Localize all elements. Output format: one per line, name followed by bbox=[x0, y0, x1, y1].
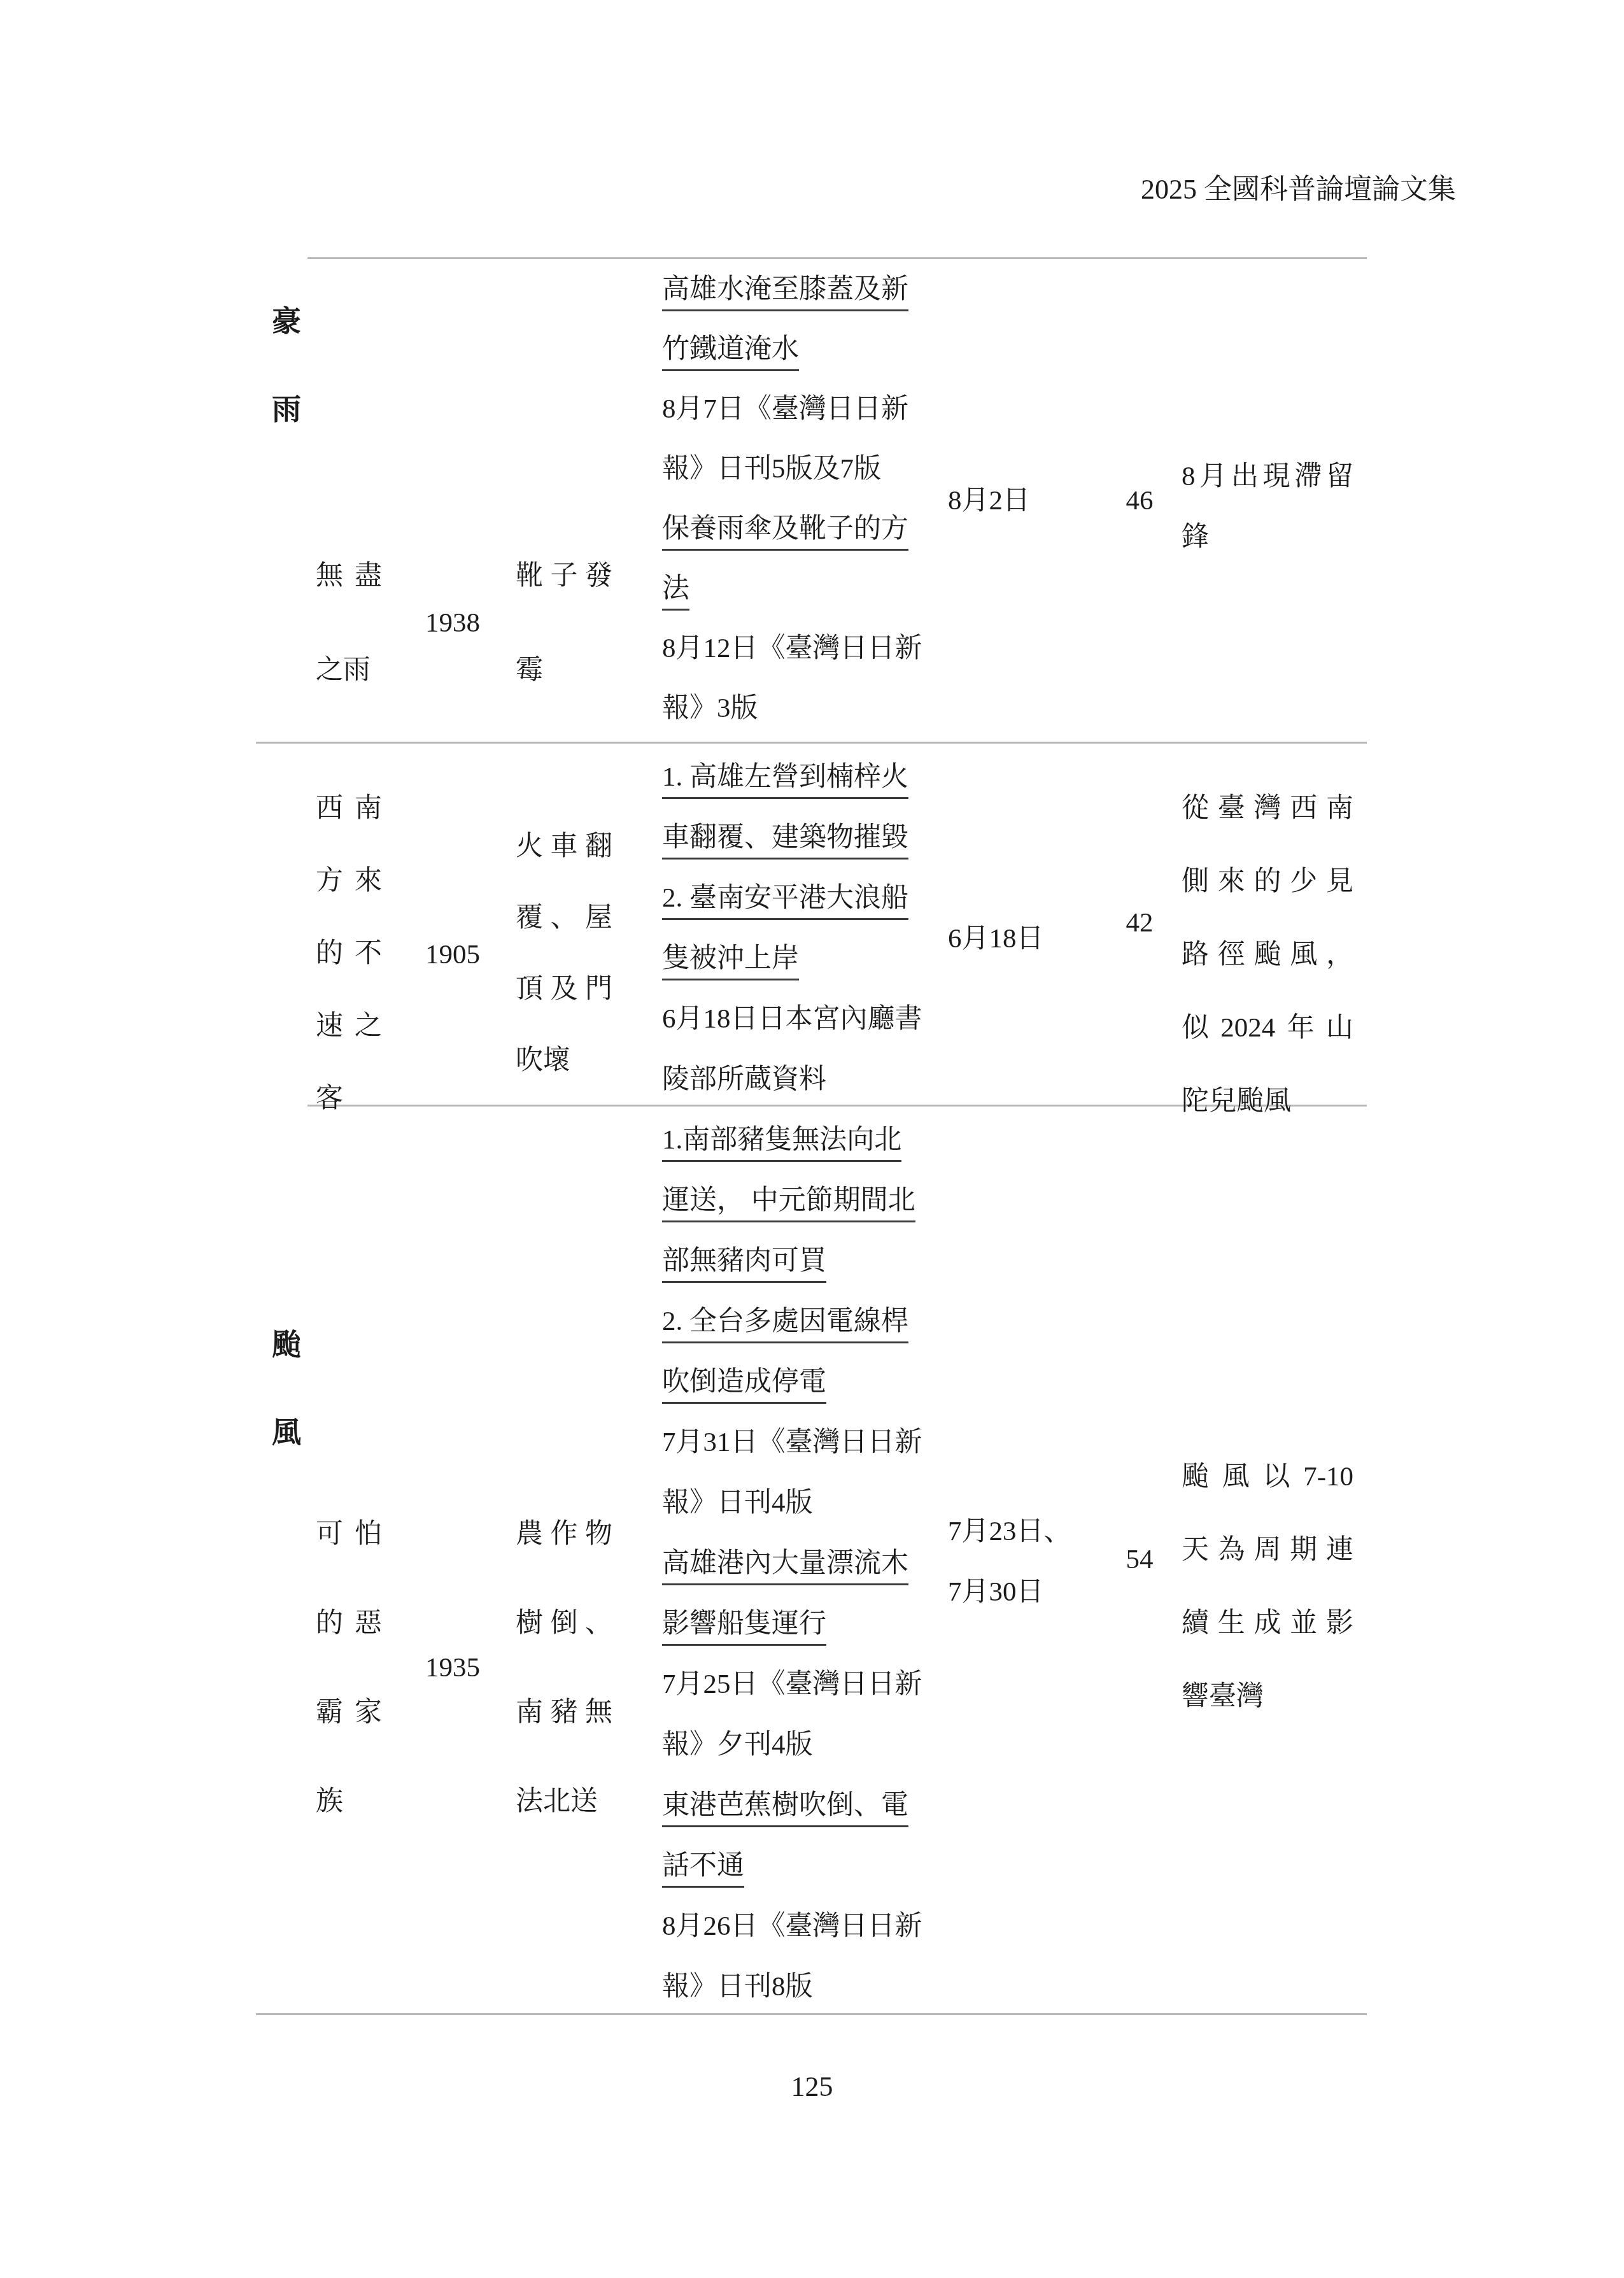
impact-line: 2. 臺南安平港大浪船 bbox=[662, 868, 918, 928]
effect-line: 法北送 bbox=[516, 1757, 612, 1846]
comment-line: 天為周期連 bbox=[1182, 1513, 1353, 1587]
date-line: 7月30日 bbox=[948, 1562, 1071, 1622]
comment-line: 似2024年山 bbox=[1182, 991, 1353, 1065]
impact-line: 隻被沖上岸 bbox=[662, 928, 918, 989]
impact-line: 6月18日日本宮內廳書 bbox=[662, 989, 918, 1049]
effect-line: 頂及門 bbox=[516, 954, 612, 1025]
impact-cell-row1: 高雄水淹至膝蓋及新 竹鐵道淹水 8月7日《臺灣日日新 報》日刊5版及7版 保養雨… bbox=[662, 260, 918, 739]
count-cell-row3: 54 bbox=[1112, 1546, 1168, 1574]
impact-line: 竹鐵道淹水 bbox=[662, 320, 918, 379]
impact-line: 法 bbox=[662, 559, 918, 619]
impact-line: 8月26日《臺灣日日新 bbox=[662, 1896, 918, 1956]
comment-line: 續生成並影 bbox=[1182, 1587, 1353, 1660]
table-rule-row1-row2 bbox=[256, 742, 1367, 744]
comment-line: 8月出現滯留 bbox=[1182, 446, 1353, 507]
effect-line: 吹壞 bbox=[516, 1025, 612, 1096]
effect-line: 樹倒、 bbox=[516, 1579, 612, 1668]
category-char: 風 bbox=[267, 1389, 306, 1476]
impact-line: 7月31日《臺灣日日新 bbox=[662, 1412, 918, 1473]
comment-cell-row1: 8月出現滯留 鋒 bbox=[1182, 446, 1353, 567]
year-cell-row1: 1938 bbox=[425, 609, 480, 637]
effect-line: 霉 bbox=[516, 623, 612, 718]
event-name-line: 可怕 bbox=[316, 1490, 382, 1579]
event-name-cell-row1: 無盡 之雨 bbox=[316, 529, 382, 718]
impact-line: 1. 高雄左營到楠梓火 bbox=[662, 747, 918, 807]
impact-line: 8月12日《臺灣日日新 bbox=[662, 619, 918, 679]
event-name-line: 霸家 bbox=[316, 1668, 382, 1757]
comment-line: 鋒 bbox=[1182, 507, 1353, 567]
effect-cell-row3: 農作物 樹倒、 南豬無 法北送 bbox=[516, 1490, 612, 1846]
impact-line: 吹倒造成停電 bbox=[662, 1352, 918, 1412]
impact-line: 影響船隻運行 bbox=[662, 1594, 918, 1654]
event-name-line: 方來 bbox=[316, 845, 382, 917]
date-line: 8月2日 bbox=[948, 487, 1030, 515]
comment-line: 響臺灣 bbox=[1182, 1660, 1353, 1733]
impact-line: 8月7日《臺灣日日新 bbox=[662, 379, 918, 439]
comment-line: 陀兒颱風 bbox=[1182, 1065, 1353, 1138]
comment-line: 從臺灣西南 bbox=[1182, 772, 1353, 845]
event-name-line: 西南 bbox=[316, 772, 382, 845]
impact-line: 報》日刊5版及7版 bbox=[662, 439, 918, 499]
effect-line: 農作物 bbox=[516, 1490, 612, 1579]
impact-line: 報》3版 bbox=[662, 679, 918, 739]
impact-line: 2. 全台多處因電線桿 bbox=[662, 1291, 918, 1352]
impact-line: 1.南部豬隻無法向北 bbox=[662, 1110, 918, 1170]
count-cell-row2: 42 bbox=[1112, 909, 1168, 937]
effect-line: 火車翻 bbox=[516, 811, 612, 882]
document-page: 2025 全國科普論壇論文集 豪 雨 颱 風 無盡 之雨 1938 靴子發 霉 … bbox=[0, 0, 1624, 2278]
effect-line: 南豬無 bbox=[516, 1668, 612, 1757]
event-name-line: 客 bbox=[316, 1063, 382, 1135]
impact-line: 7月25日《臺灣日日新 bbox=[662, 1654, 918, 1715]
event-name-line: 速之 bbox=[316, 990, 382, 1063]
impact-line: 東港芭蕉樹吹倒、電 bbox=[662, 1775, 918, 1836]
effect-line: 覆、屋 bbox=[516, 882, 612, 954]
date-line: 6月18日 bbox=[948, 925, 1044, 953]
impact-cell-row3: 1.南部豬隻無法向北 運送， 中元節期間北 部無豬肉可買 2. 全台多處因電線桿… bbox=[662, 1110, 918, 2017]
table-rule-top bbox=[307, 257, 1367, 259]
impact-line: 報》夕刊4版 bbox=[662, 1715, 918, 1775]
category-heavy-rain: 豪 雨 bbox=[267, 278, 306, 453]
event-name-line: 族 bbox=[316, 1757, 382, 1846]
category-char: 豪 bbox=[267, 278, 306, 365]
event-name-line: 無盡 bbox=[316, 529, 382, 623]
event-name-line: 之雨 bbox=[316, 623, 382, 718]
page-header: 2025 全國科普論壇論文集 bbox=[1141, 173, 1456, 206]
impact-line: 運送， 中元節期間北 bbox=[662, 1170, 918, 1231]
comment-cell-row2: 從臺灣西南 側來的少見 路徑颱風， 似2024年山 陀兒颱風 bbox=[1182, 772, 1353, 1138]
event-name-line: 的惡 bbox=[316, 1579, 382, 1668]
impact-line: 報》日刊8版 bbox=[662, 1956, 918, 2017]
comment-line: 側來的少見 bbox=[1182, 845, 1353, 918]
comment-line: 路徑颱風， bbox=[1182, 918, 1353, 991]
comment-line: 颱風以7-10 bbox=[1182, 1440, 1353, 1513]
category-typhoon: 颱 風 bbox=[267, 1301, 306, 1476]
date-line: 7月23日、 bbox=[948, 1501, 1071, 1562]
impact-line: 話不通 bbox=[662, 1836, 918, 1896]
event-name-line: 的不 bbox=[316, 917, 382, 990]
impact-line: 車翻覆、建築物摧毀 bbox=[662, 807, 918, 868]
effect-line: 靴子發 bbox=[516, 529, 612, 623]
effect-cell-row2: 火車翻 覆、屋 頂及門 吹壞 bbox=[516, 811, 612, 1096]
date-cell-row2: 6月18日 bbox=[948, 925, 1044, 953]
year-cell-row3: 1935 bbox=[425, 1654, 480, 1682]
impact-line: 報》日刊4版 bbox=[662, 1473, 918, 1533]
impact-line: 高雄港內大量漂流木 bbox=[662, 1533, 918, 1594]
category-char: 颱 bbox=[267, 1301, 306, 1389]
impact-line: 保養雨傘及靴子的方 bbox=[662, 499, 918, 559]
page-number: 125 bbox=[0, 2070, 1624, 2103]
date-cell-row1: 8月2日 bbox=[948, 487, 1030, 515]
event-name-cell-row2: 西南 方來 的不 速之 客 bbox=[316, 772, 382, 1135]
count-cell-row1: 46 bbox=[1112, 487, 1168, 515]
impact-cell-row2: 1. 高雄左營到楠梓火 車翻覆、建築物摧毀 2. 臺南安平港大浪船 隻被沖上岸 … bbox=[662, 747, 918, 1110]
impact-line: 陵部所蔵資料 bbox=[662, 1049, 918, 1110]
date-cell-row3: 7月23日、 7月30日 bbox=[948, 1501, 1071, 1622]
impact-line: 部無豬肉可買 bbox=[662, 1231, 918, 1291]
comment-cell-row3: 颱風以7-10 天為周期連 續生成並影 響臺灣 bbox=[1182, 1440, 1353, 1733]
event-name-cell-row3: 可怕 的惡 霸家 族 bbox=[316, 1490, 382, 1846]
category-char: 雨 bbox=[267, 365, 306, 453]
year-cell-row2: 1905 bbox=[425, 941, 480, 969]
impact-line: 高雄水淹至膝蓋及新 bbox=[662, 260, 918, 320]
effect-cell-row1: 靴子發 霉 bbox=[516, 529, 612, 718]
